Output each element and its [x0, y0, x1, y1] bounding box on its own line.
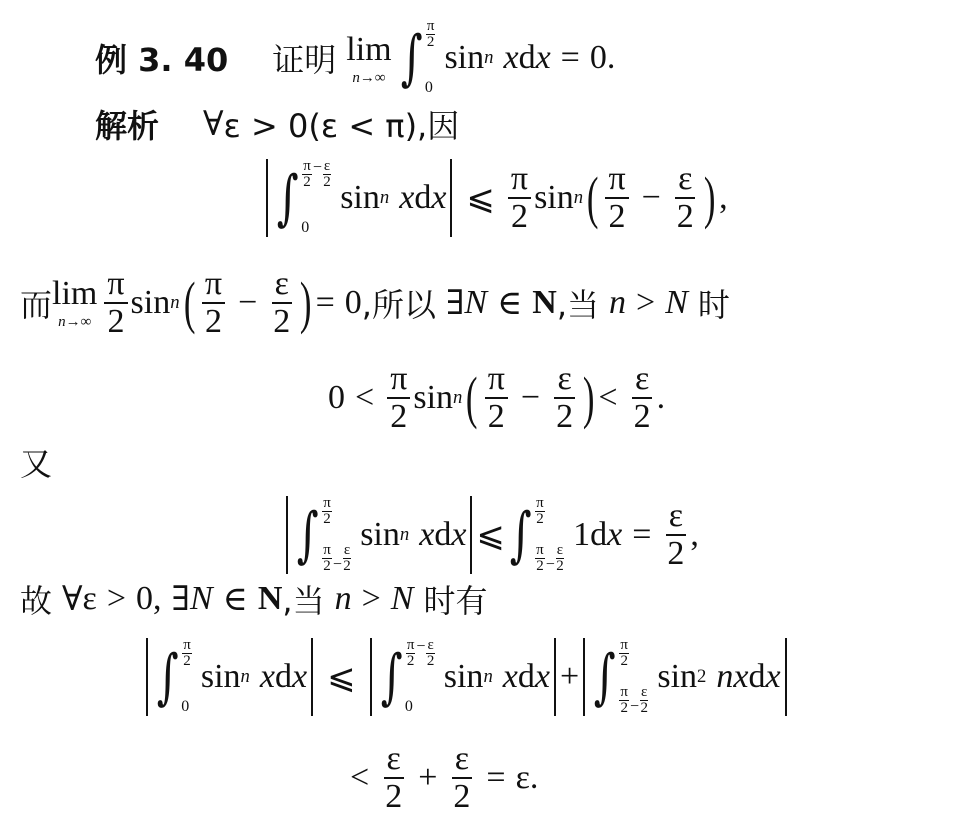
example-statement: 例 3. 40 证明 lim n→∞ ∫ π2 0 sinn xdx = 0.	[95, 8, 615, 108]
analysis-label: 解析	[95, 101, 159, 147]
prove-word: 证明	[272, 35, 336, 81]
analysis-intro: 解析 ∀ ε > 0(ε < π),因	[95, 100, 459, 148]
conclusion-intro: 故 ∀ε > 0, ∃ N ∈ N ,当 n > N 时有	[20, 575, 487, 623]
inequality-1: ∫ π2 − ε2 0 sinn xdx ⩽ π2 sinn ( π2 − ε2…	[262, 150, 728, 245]
example-label: 例 3. 40	[95, 35, 228, 81]
integral: ∫ π2 0	[396, 19, 445, 97]
also-word: 又	[20, 438, 52, 486]
inequality-4: ∫ π2 0 sinn xdx ⩽ ∫ π2 − ε2 0 sinn xdx +…	[142, 627, 791, 727]
inequality-3: ∫ π2 π2 − ε2 sinn xdx ⩽ ∫ π2 π2 − ε2 1dx…	[282, 487, 699, 582]
limit-operator: lim n→∞	[346, 31, 391, 86]
inequality-2: 0 < π2 sinn ( π2 − ε2 ) < ε2 .	[328, 350, 665, 445]
limit-statement: 而 lim n→∞ π2 sinn ( π2 − ε2 ) = 0 ,所以 ∃ …	[20, 255, 730, 350]
inequality-5: < ε2 + ε2 = ε.	[350, 730, 538, 825]
